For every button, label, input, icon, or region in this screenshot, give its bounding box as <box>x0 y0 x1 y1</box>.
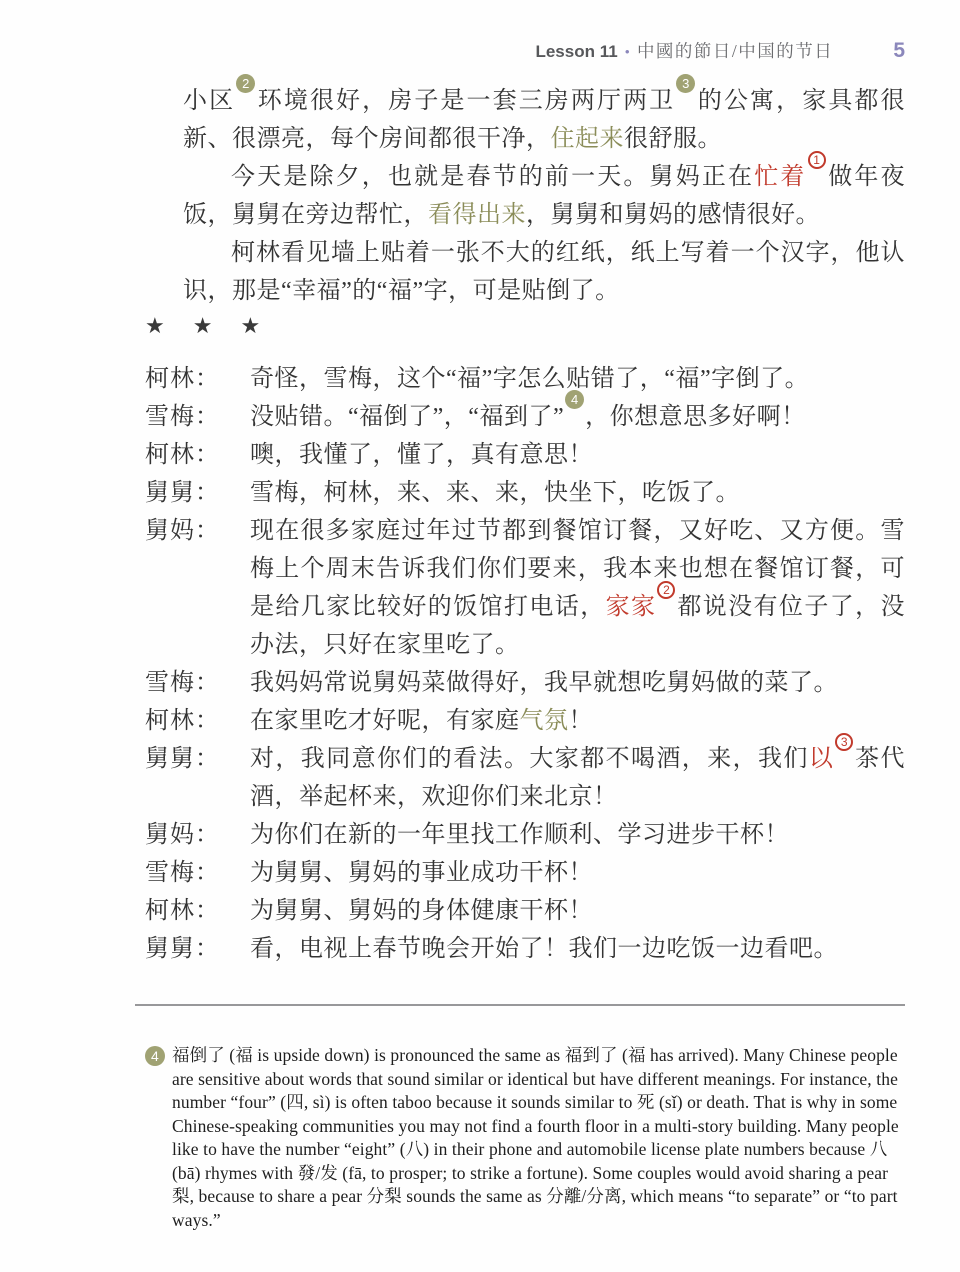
text-run: 今天是除夕，也就是春节的前一天。舅妈正在 <box>231 164 754 190</box>
main-content: 小区2环境很好，房子是一套三房两厅两卫3的公寓，家具都很新、很漂亮，每个房间都很… <box>145 82 905 1232</box>
dialogue-text: 看，电视上春节晚会开始了！我们一边吃饭一边看吧。 <box>250 930 905 968</box>
footnote-ref-circle-icon: 3 <box>835 733 853 751</box>
star-icon: ★ <box>240 314 260 339</box>
footnote-text: 福倒了 (福 is upside down) is pronounced the… <box>172 1045 899 1230</box>
stars-row: ★★★ <box>145 314 905 348</box>
text-run: 为你们在新的一年里找工作顺利、学习进步干杯！ <box>250 822 789 848</box>
dialogue-row: 舅妈：现在很多家庭过年过节都到餐馆订餐，又好吃、又方便。雪梅上个周末告诉我们你们… <box>145 512 905 664</box>
text-run: 看，电视上春节晚会开始了！我们一边吃饭一边看吧。 <box>250 936 838 962</box>
dialogue-row: 雪梅：为舅舅、舅妈的事业成功干杯！ <box>145 854 905 892</box>
star-icon: ★ <box>193 314 213 339</box>
footnote-ref-circle-icon: 1 <box>808 151 826 169</box>
speaker-label: 舅舅： <box>145 740 250 778</box>
speaker-label: 雪梅： <box>145 664 250 702</box>
dialogue-row: 柯林：在家里吃才好呢，有家庭气氛！ <box>145 702 905 740</box>
text-run: 为舅舅、舅妈的身体健康干杯！ <box>250 898 593 924</box>
text-run: 对，我同意你们的看法。大家都不喝酒，来，我们 <box>250 746 809 772</box>
text-run: ！ <box>569 708 594 734</box>
speaker-label: 舅妈： <box>145 512 250 550</box>
text-run: 我妈妈常说舅妈菜做得好，我早就想吃舅妈做的菜了。 <box>250 670 838 696</box>
footnote-ref-badge-icon: 3 <box>676 74 695 93</box>
dialogue-text: 雪梅，柯林，来、来、来，快坐下，吃饭了。 <box>250 474 905 512</box>
text-run: ，舅舅和舅妈的感情很好。 <box>526 202 820 228</box>
dialogue-row: 雪梅：没贴错。“福倒了”，“福到了”4，你想意思多好啊！ <box>145 398 905 436</box>
dialogue-text: 为舅舅、舅妈的身体健康干杯！ <box>250 892 905 930</box>
dialogue-text: 现在很多家庭过年过节都到餐馆订餐，又好吃、又方便。雪梅上个周末告诉我们你们要来，… <box>250 512 905 664</box>
dialogue-row: 舅舅：对，我同意你们的看法。大家都不喝酒，来，我们以3茶代酒，举起杯来，欢迎你们… <box>145 740 905 816</box>
footnote-ref-badge-icon: 2 <box>236 74 255 93</box>
text-run: 奇怪，雪梅，这个“福”字怎么贴错了，“福”字倒了。 <box>250 366 809 392</box>
text-run: 在家里吃才好呢，有家庭 <box>250 708 520 734</box>
dialogue-text: 没贴错。“福倒了”，“福到了”4，你想意思多好啊！ <box>250 398 905 436</box>
page-header: Lesson 11 • 中國的節日/中国的节日 5 <box>145 38 905 64</box>
vocab-highlight: 以 <box>809 746 834 772</box>
dialogue-row: 柯林：奇怪，雪梅，这个“福”字怎么贴错了，“福”字倒了。 <box>145 360 905 398</box>
text-run: 很舒服。 <box>624 126 722 152</box>
dialogue-text: 在家里吃才好呢，有家庭气氛！ <box>250 702 905 740</box>
footnote-marker-badge: 4 <box>145 1046 165 1066</box>
dialogue-row: 柯林：噢，我懂了，懂了，真有意思！ <box>145 436 905 474</box>
paragraph: 柯林看见墙上贴着一张不大的红纸，纸上写着一个汉字，他认识，那是“幸福”的“福”字… <box>183 234 905 310</box>
footnote-ref-badge-icon: 4 <box>565 390 584 409</box>
dialogue-text: 我妈妈常说舅妈菜做得好，我早就想吃舅妈做的菜了。 <box>250 664 905 702</box>
vocab-highlight: 家家 <box>606 594 657 620</box>
dialogue-text: 噢，我懂了，懂了，真有意思！ <box>250 436 905 474</box>
footnote-ref-circle-icon: 2 <box>657 581 675 599</box>
star-icon: ★ <box>145 314 165 339</box>
text-run: 柯林看见墙上贴着一张不大的红纸，纸上写着一个汉字，他认识，那是“幸福”的“福”字… <box>183 240 905 304</box>
dialogue-text: 为你们在新的一年里找工作顺利、学习进步干杯！ <box>250 816 905 854</box>
paragraphs: 小区2环境很好，房子是一套三房两厅两卫3的公寓，家具都很新、很漂亮，每个房间都很… <box>183 82 905 310</box>
text-run: ，你想意思多好啊！ <box>585 404 806 430</box>
text-run: 环境很好，房子是一套三房两厅两卫 <box>256 88 675 114</box>
text-run: 小区 <box>183 88 235 114</box>
dialogue-text: 为舅舅、舅妈的事业成功干杯！ <box>250 854 905 892</box>
text-run: 为舅舅、舅妈的事业成功干杯！ <box>250 860 593 886</box>
speaker-label: 柯林： <box>145 892 250 930</box>
dialogue-text: 对，我同意你们的看法。大家都不喝酒，来，我们以3茶代酒，举起杯来，欢迎你们来北京… <box>250 740 905 816</box>
speaker-label: 柯林： <box>145 360 250 398</box>
dialogue-row: 舅妈：为你们在新的一年里找工作顺利、学习进步干杯！ <box>145 816 905 854</box>
dialogue-row: 雪梅：我妈妈常说舅妈菜做得好，我早就想吃舅妈做的菜了。 <box>145 664 905 702</box>
textbook-page: Lesson 11 • 中國的節日/中国的节日 5 小区2环境很好，房子是一套三… <box>0 0 960 1272</box>
speaker-label: 舅舅： <box>145 930 250 968</box>
footnote: 4 福倒了 (福 is upside down) is pronounced t… <box>145 1044 905 1232</box>
dialogue-row: 舅舅：看，电视上春节晚会开始了！我们一边吃饭一边看吧。 <box>145 930 905 968</box>
text-run: 噢，我懂了，懂了，真有意思！ <box>250 442 593 468</box>
dialogue: 柯林：奇怪，雪梅，这个“福”字怎么贴错了，“福”字倒了。雪梅：没贴错。“福倒了”… <box>145 360 905 968</box>
dialogue-row: 柯林：为舅舅、舅妈的身体健康干杯！ <box>145 892 905 930</box>
lesson-title: 中國的節日/中国的节日 <box>637 38 833 63</box>
speaker-label: 柯林： <box>145 436 250 474</box>
vocab-highlight: 气氛 <box>520 708 569 734</box>
dialogue-row: 舅舅：雪梅，柯林，来、来、来，快坐下，吃饭了。 <box>145 474 905 512</box>
speaker-label: 舅妈： <box>145 816 250 854</box>
text-run: 没贴错。“福倒了”，“福到了” <box>250 404 564 430</box>
lesson-number: Lesson 11 <box>535 42 617 62</box>
speaker-label: 舅舅： <box>145 474 250 512</box>
vocab-highlight: 住起来 <box>551 126 625 152</box>
vocab-highlight: 忙着 <box>754 164 806 190</box>
paragraph: 小区2环境很好，房子是一套三房两厅两卫3的公寓，家具都很新、很漂亮，每个房间都很… <box>183 82 905 158</box>
page-number: 5 <box>893 39 905 63</box>
speaker-label: 柯林： <box>145 702 250 740</box>
paragraph: 今天是除夕，也就是春节的前一天。舅妈正在忙着1做年夜饭，舅舅在旁边帮忙，看得出来… <box>183 158 905 234</box>
speaker-label: 雪梅： <box>145 398 250 436</box>
footnote-divider <box>135 1004 905 1006</box>
vocab-highlight: 看得出来 <box>428 202 526 228</box>
text-run: 雪梅，柯林，来、来、来，快坐下，吃饭了。 <box>250 480 740 506</box>
header-dot-separator: • <box>625 45 630 62</box>
speaker-label: 雪梅： <box>145 854 250 892</box>
